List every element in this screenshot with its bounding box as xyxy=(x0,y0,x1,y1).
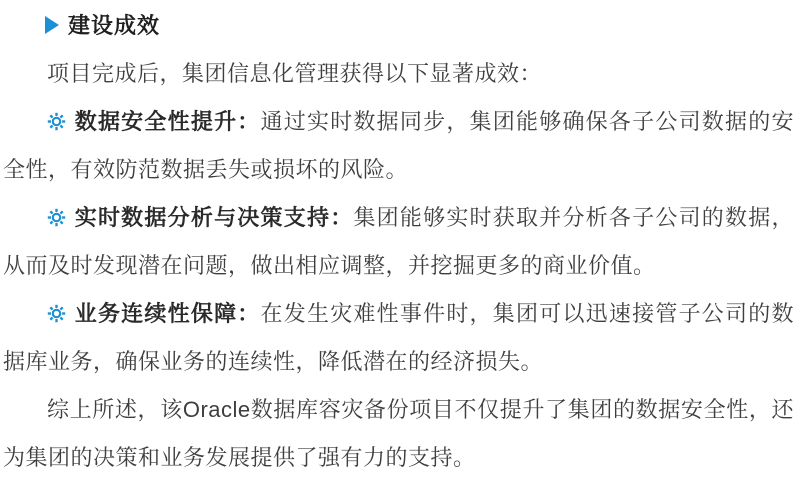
intro-paragraph: 项目完成后，集团信息化管理获得以下显著成效： xyxy=(3,50,794,98)
conclusion-paragraph: 综上所述，该Oracle数据库容灾备份项目不仅提升了集团的数据安全性，还为集团的… xyxy=(3,386,794,482)
conclusion-text: 综上所述，该Oracle数据库容灾备份项目不仅提升了集团的数据安全性，还为集团的… xyxy=(3,397,794,470)
bullet-title: 实时数据分析与决策支持： xyxy=(74,205,353,230)
bullet-title: 数据安全性提升： xyxy=(74,109,261,134)
bullet-paragraph: 业务连续性保障：在发生灾难性事件时，集团可以迅速接管子公司的数据库业务，确保业务… xyxy=(3,290,794,386)
bullet-paragraph: 数据安全性提升：通过实时数据同步，集团能够确保各子公司数据的安全性，有效防范数据… xyxy=(3,98,794,194)
sun-icon xyxy=(47,112,66,131)
section-heading: 建设成效 xyxy=(3,2,794,50)
bullet-title: 业务连续性保障： xyxy=(74,301,261,326)
section-heading-label: 建设成效 xyxy=(68,13,160,38)
bullet-paragraph: 实时数据分析与决策支持：集团能够实时获取并分析各子公司的数据，从而及时发现潜在问… xyxy=(3,194,794,290)
intro-text: 项目完成后，集团信息化管理获得以下显著成效： xyxy=(47,61,542,86)
triangle-right-icon xyxy=(45,16,59,34)
document-page: 建设成效 项目完成后，集团信息化管理获得以下显著成效： 数据安全性提升：通过实时… xyxy=(0,0,810,484)
sun-icon xyxy=(47,304,66,323)
sun-icon xyxy=(47,208,66,227)
